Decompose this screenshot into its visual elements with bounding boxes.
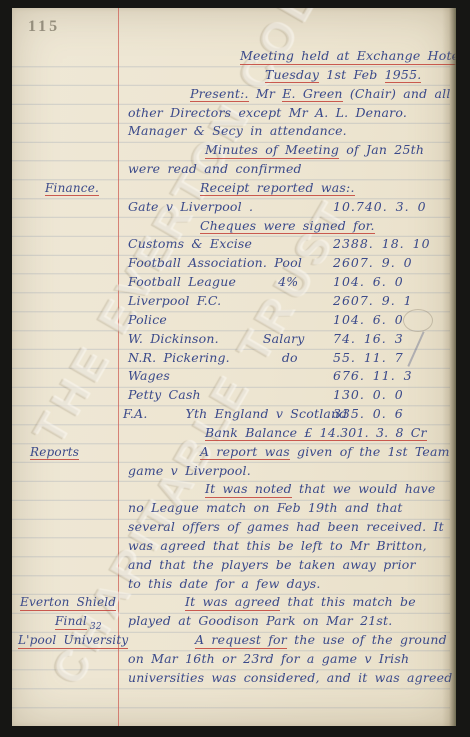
line-text: and that the players be taken away prior (128, 556, 416, 575)
line-text: Manager & Secy in attendance. (128, 122, 347, 141)
text-segment: Yth England v Scotland (186, 406, 348, 421)
line-text: several offers of games had been receive… (128, 518, 444, 537)
manuscript-line: other Directors except Mr A. L. Denaro. (12, 104, 456, 123)
manuscript-line: Wages676. 11. 3 (12, 367, 456, 386)
text-segment: 1955. (385, 67, 422, 84)
text-segment: and that the players be taken away prior (128, 557, 416, 572)
text-segment: Football Association. Pool (128, 255, 302, 270)
manuscript-line: several offers of games had been receive… (12, 518, 456, 537)
manuscript-line: Present:. Mr E. Green (Chair) and all (12, 85, 456, 104)
manuscript-line: and that the players be taken away prior (12, 556, 456, 575)
line-text: were read and confirmed (128, 160, 302, 179)
text-segment: that we would have (292, 481, 436, 496)
text-segment: were read and confirmed (128, 161, 302, 176)
manuscript-line: L'pool UniversityA request for the use o… (12, 631, 456, 650)
text-segment: no League match on Feb 19th and that (128, 500, 403, 515)
manuscript-line: was agreed that this be left to Mr Britt… (12, 537, 456, 556)
line-text: Receipt reported was:. (200, 179, 355, 198)
margin-heading-text: L'pool University (18, 633, 128, 649)
text-segment: A request for (195, 632, 287, 649)
amount-value: 104. 6. 0 (333, 311, 404, 330)
amount-value: 74. 16. 3 (333, 330, 404, 349)
line-text: Present:. Mr E. Green (Chair) and all (190, 85, 451, 104)
text-segment: N.R. Pickering. (128, 350, 230, 365)
manuscript-line: Finance.Receipt reported was:. (12, 179, 456, 198)
manuscript-line: Football League4%104. 6. 0 (12, 273, 456, 292)
line-text: was agreed that this be left to Mr Britt… (128, 537, 427, 556)
line-text: It was agreed that this match be (185, 593, 416, 612)
manuscript-line: Final32played at Goodison Park on Mar 21… (12, 612, 456, 631)
text-segment: 4% (278, 274, 298, 289)
line-text: Cheques were signed for. (200, 217, 375, 236)
manuscript-line: Football Association. Pool2607. 9. 0 (12, 254, 456, 273)
text-segment: the use of the ground (287, 632, 447, 647)
text-segment: Salary (263, 331, 305, 346)
text-segment: Bank Balance £ 14.301. 3. 8 Cr (205, 425, 427, 442)
text-segment: played at Goodison Park on Mar 21st. (128, 613, 392, 628)
margin-heading: Finance. (45, 179, 99, 198)
margin-heading: Everton Shield (20, 593, 116, 612)
text-segment: Liverpool F.C. (128, 293, 221, 308)
manuscript-line: Manager & Secy in attendance. (12, 122, 456, 141)
amount-value: 676. 11. 3 (333, 367, 413, 386)
line-text: played at Goodison Park on Mar 21st. (128, 612, 392, 631)
manuscript-lines: Meeting held at Exchange HotelTuesday 1s… (12, 47, 456, 688)
text-segment: that this match be (280, 594, 416, 609)
line-text: Bank Balance £ 14.301. 3. 8 Cr (205, 424, 427, 443)
line-text: Tuesday 1st Feb 1955. (265, 66, 421, 85)
text-segment: Football League (128, 274, 236, 289)
manuscript-line: Police104. 6. 0 (12, 311, 456, 330)
text-segment: Receipt reported was:. (200, 180, 355, 197)
manuscript-line: Everton ShieldIt was agreed that this ma… (12, 593, 456, 612)
line-text: Football League4% (128, 273, 298, 292)
line-text: A report was given of the 1st Team (200, 443, 450, 462)
text-segment: Mr (249, 86, 283, 101)
manuscript-line: Liverpool F.C.2607. 9. 1 (12, 292, 456, 311)
line-text: F.A.Yth England v Scotland (123, 405, 348, 424)
manuscript-line: on Mar 16th or 23rd for a game v Irish (12, 650, 456, 669)
text-segment: game v Liverpool. (128, 463, 251, 478)
text-segment: Customs & Excise (128, 236, 252, 251)
line-text: Police (128, 311, 167, 330)
text-segment: W. Dickinson. (128, 331, 219, 346)
text-segment: other Directors except Mr A. L. Denaro. (128, 105, 407, 120)
amount-value: 2607. 9. 1 (333, 292, 413, 311)
manuscript-line: were read and confirmed (12, 160, 456, 179)
line-text: game v Liverpool. (128, 462, 251, 481)
line-text: A request for the use of the ground (195, 631, 447, 650)
text-segment: Petty Cash (128, 387, 201, 402)
text-segment: given of the 1st Team (290, 444, 450, 459)
manuscript-line: Customs & Excise2388. 18. 10 (12, 235, 456, 254)
line-text: Meeting held at Exchange Hotel (240, 47, 456, 66)
margin-heading-text: Finance. (45, 181, 99, 197)
manuscript-line: Meeting held at Exchange Hotel (12, 47, 456, 66)
margin-heading: Final32 (55, 612, 102, 633)
text-segment: 1st Feb (319, 67, 385, 82)
line-text: It was noted that we would have (205, 480, 435, 499)
amount-value: 130. 0. 0 (333, 386, 404, 405)
text-segment: Gate v Liverpool . (128, 199, 253, 214)
manuscript-line: Minutes of Meeting of Jan 25th (12, 141, 456, 160)
line-text: no League match on Feb 19th and that (128, 499, 403, 518)
text-segment: F.A. (123, 406, 148, 421)
amount-value: 2607. 9. 0 (333, 254, 413, 273)
text-segment: to this date for a few days. (128, 576, 321, 591)
manuscript-line: Cheques were signed for. (12, 217, 456, 236)
text-segment: Police (128, 312, 167, 327)
text-segment: Minutes of Meeting (205, 142, 339, 159)
manuscript-line: F.A.Yth England v Scotland335. 0. 6 (12, 405, 456, 424)
text-segment: several offers of games had been receive… (128, 519, 444, 534)
manuscript-line: It was noted that we would have (12, 480, 456, 499)
page-curl-edge (442, 8, 456, 726)
manuscript-line: Tuesday 1st Feb 1955. (12, 66, 456, 85)
pencil-circle-annotation (403, 309, 433, 332)
manuscript-line: Petty Cash130. 0. 0 (12, 386, 456, 405)
line-text: on Mar 16th or 23rd for a game v Irish (128, 650, 409, 669)
text-segment: A report was (200, 444, 290, 461)
manuscript-line: no League match on Feb 19th and that (12, 499, 456, 518)
line-text: W. Dickinson.Salary (128, 330, 305, 349)
text-segment: Cheques were signed for. (200, 218, 375, 235)
text-segment: Wages (128, 368, 170, 383)
text-segment: was agreed that this be left to Mr Britt… (128, 538, 427, 553)
page-number: 115 (28, 18, 60, 36)
line-text: Customs & Excise (128, 235, 252, 254)
amount-value: 55. 11. 7 (333, 349, 404, 368)
line-text: Football Association. Pool (128, 254, 302, 273)
line-text: universities was considered, and it was … (128, 669, 452, 688)
text-segment: E. Green (282, 86, 342, 103)
manuscript-line: game v Liverpool. (12, 462, 456, 481)
line-text: other Directors except Mr A. L. Denaro. (128, 104, 407, 123)
text-segment: Tuesday (265, 67, 319, 84)
text-segment: It was agreed (185, 594, 280, 611)
line-text: Wages (128, 367, 170, 386)
text-segment: (Chair) and all (343, 86, 451, 101)
text-segment: Present:. (190, 86, 249, 103)
manuscript-line: to this date for a few days. (12, 575, 456, 594)
manuscript-line: ReportsA report was given of the 1st Tea… (12, 443, 456, 462)
text-segment: It was noted (205, 481, 292, 498)
margin-heading-text: Everton Shield (20, 595, 116, 611)
line-text: Liverpool F.C. (128, 292, 221, 311)
text-segment: universities was considered, and it was … (128, 670, 452, 685)
manuscript-line: universities was considered, and it was … (12, 669, 456, 688)
amount-value: 10.740. 3. 0 (333, 198, 427, 217)
manuscript-line: W. Dickinson.Salary74. 16. 3 (12, 330, 456, 349)
amount-value: 104. 6. 0 (333, 273, 404, 292)
line-text: Petty Cash (128, 386, 201, 405)
amount-value: 2388. 18. 10 (333, 235, 431, 254)
scanned-minute-book-page: THE EVERTON COLLECTION CHARITABLE TRUST … (0, 0, 470, 737)
text-segment: do (282, 350, 298, 365)
line-text: N.R. Pickering.do (128, 349, 298, 368)
amount-value: 335. 0. 6 (333, 405, 404, 424)
manuscript-line: N.R. Pickering.do55. 11. 7 (12, 349, 456, 368)
margin-heading-text: Reports (30, 445, 79, 461)
margin-heading: L'pool University (18, 631, 128, 650)
margin-heading: Reports (30, 443, 79, 462)
text-segment: Meeting held at Exchange Hotel (240, 48, 456, 65)
ledger-paper: THE EVERTON COLLECTION CHARITABLE TRUST … (12, 8, 456, 726)
line-text: Minutes of Meeting of Jan 25th (205, 141, 424, 160)
manuscript-line: Gate v Liverpool .10.740. 3. 0 (12, 198, 456, 217)
text-segment: Manager & Secy in attendance. (128, 123, 347, 138)
text-segment: of Jan 25th (339, 142, 424, 157)
text-segment: on Mar 16th or 23rd for a game v Irish (128, 651, 409, 666)
manuscript-line: Bank Balance £ 14.301. 3. 8 Cr (12, 424, 456, 443)
line-text: Gate v Liverpool . (128, 198, 253, 217)
margin-heading-text: Final (55, 614, 87, 630)
line-text: to this date for a few days. (128, 575, 321, 594)
